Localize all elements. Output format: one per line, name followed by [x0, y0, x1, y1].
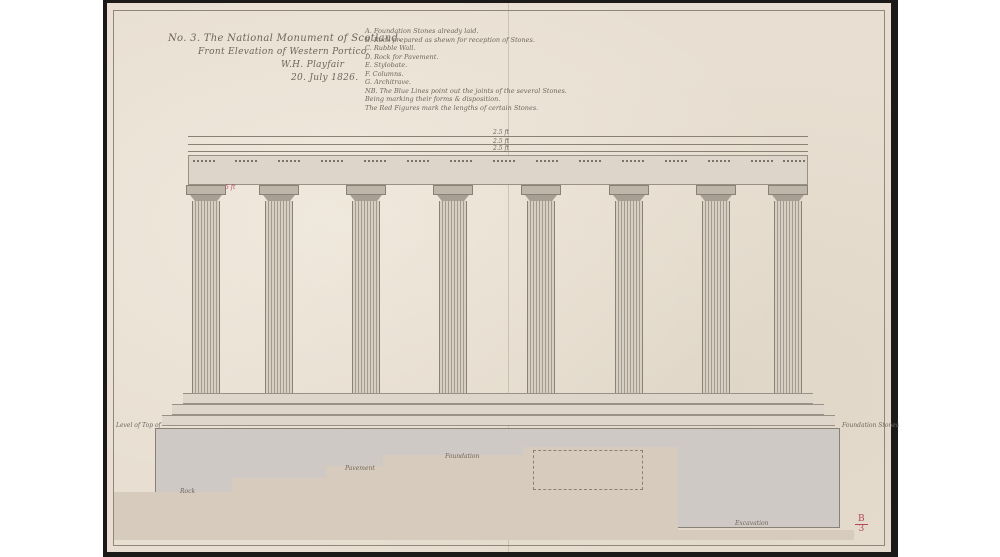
- dentil: [407, 157, 429, 162]
- legend: A. Foundation Stones already laid. B. Ro…: [365, 27, 567, 112]
- dentil: [493, 157, 515, 162]
- rock-area: [326, 466, 383, 530]
- column: [768, 185, 808, 393]
- dentil: [665, 157, 687, 162]
- date: 20. July 1826.: [291, 73, 358, 83]
- scale-denominator: 3: [855, 525, 868, 534]
- dentil: [622, 157, 644, 162]
- dentil: [783, 157, 805, 162]
- dentil: [708, 157, 730, 162]
- dentil: [235, 157, 257, 162]
- legend-item: F. Columns.: [365, 70, 567, 79]
- rubble-wall-outline: [533, 450, 643, 490]
- dentil: [579, 157, 601, 162]
- stylobate-step: [162, 415, 835, 426]
- scale-mark: B 3: [855, 515, 868, 534]
- legend-item: The Red Figures mark the lengths of cert…: [365, 104, 567, 113]
- dimension-label: 2.5 ft: [493, 129, 509, 136]
- dentil: [278, 157, 300, 162]
- column: [521, 185, 561, 393]
- column: [696, 185, 736, 393]
- legend-item: NB. The Blue Lines point out the joints …: [365, 87, 567, 96]
- column: [609, 185, 649, 393]
- pavement-label: Pavement: [345, 465, 375, 472]
- dimension-label: 5 ft: [225, 184, 235, 191]
- column: [259, 185, 299, 393]
- rock-base: [114, 530, 854, 540]
- rock-area: [114, 492, 232, 530]
- excavation-label: Excavation: [735, 520, 768, 527]
- legend-item: E. Stylobate.: [365, 61, 567, 70]
- legend-item: A. Foundation Stones already laid.: [365, 27, 567, 36]
- dentil: [193, 157, 215, 162]
- dentil: [450, 157, 472, 162]
- legend-item: D. Rock for Pavement.: [365, 53, 567, 62]
- legend-item: G. Architrave.: [365, 78, 567, 87]
- legend-item: B. Rock prepared as shewn for reception …: [365, 36, 567, 45]
- dentil: [536, 157, 558, 162]
- dentil: [751, 157, 773, 162]
- stylobate-step: [172, 404, 824, 415]
- rock-area: [383, 455, 523, 530]
- column: [186, 185, 226, 393]
- column: [346, 185, 386, 393]
- legend-item: C. Rubble Wall.: [365, 44, 567, 53]
- dimension-label: 2.5 ft: [493, 138, 509, 145]
- drawing-subtitle: Front Elevation of Western Portico.: [198, 47, 370, 57]
- signature: W.H. Playfair: [281, 60, 344, 70]
- foundation-label: Foundation: [445, 453, 479, 460]
- dimension-line: [188, 136, 808, 137]
- level-label-right: Foundation Stones: [842, 422, 899, 429]
- legend-item: Being marking their forms & disposition.: [365, 95, 567, 104]
- stylobate-step: [183, 393, 813, 404]
- dentil: [321, 157, 343, 162]
- rock-label: Rock: [180, 488, 195, 495]
- dimension-label: 2.5 ft: [493, 145, 509, 152]
- rock-area: [232, 478, 326, 530]
- column: [433, 185, 473, 393]
- dentil: [364, 157, 386, 162]
